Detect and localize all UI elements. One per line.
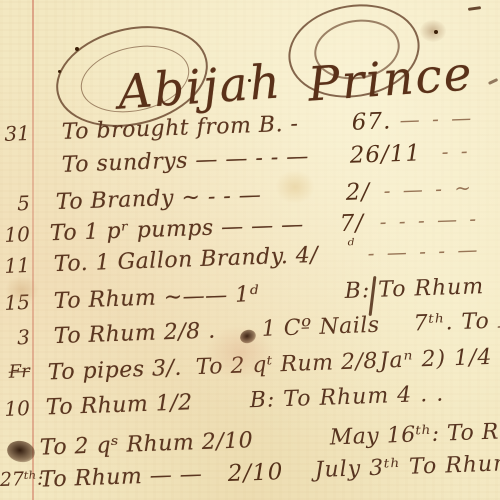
day-margin: Fr [0, 361, 30, 383]
entry-text: To Rhum — — [39, 462, 202, 493]
entry-text: To 2 qˢ Rhum 2/10 [39, 428, 253, 460]
day-margin: 5 [0, 191, 30, 216]
fox-spot-stain [420, 20, 446, 42]
account-title-last: Prince [306, 46, 475, 112]
contra-note: Jaⁿ 2) 1/4 [379, 345, 493, 374]
amount-text: 2/ [345, 179, 370, 206]
dash-trail: - — - ~ [383, 175, 474, 202]
pen-mark-right-edge [488, 78, 498, 84]
day-margin: 3 [0, 325, 30, 350]
entry-text: To Rhum 2/8 . [53, 318, 216, 349]
entry-text: To Rhum ~—— 1ᵈ [53, 282, 259, 314]
ink-speck [248, 79, 251, 82]
amount-text: 7/ [339, 210, 364, 237]
day-margin: 11 [0, 253, 30, 278]
entry-text: To Rhum 1/2 [45, 390, 193, 420]
amount-text: 2/10 [227, 459, 284, 487]
dash-trail: - - [441, 139, 471, 164]
ink-transfer-stain [205, 325, 275, 380]
amount-text: 26/11 [349, 140, 421, 168]
entry-text: To pipes 3/. [47, 356, 182, 386]
pen-mark-top-right [468, 6, 481, 11]
day-margin [0, 436, 29, 437]
account-title-first: Abijah [116, 54, 283, 120]
ink-speck [434, 30, 438, 34]
day-margin [0, 154, 29, 155]
contra-note: 7ᵗʰ. To Rh [413, 307, 500, 336]
entry-text: To sundrys — — - - — [61, 144, 309, 178]
amount-text: 67. [351, 108, 391, 135]
day-margin: 10 [0, 222, 30, 247]
ledger-page: Abijah Prince 31 To brought from B. - 67… [0, 0, 500, 500]
contra-note: July 3ᵗʰ To Rhum [314, 451, 500, 483]
contra-note: May 16ᵗʰ: To Rhu [329, 419, 500, 451]
amount-text: ᵈ [347, 236, 356, 256]
contra-note: B: To Rhum 4 . . [249, 381, 444, 413]
fox-spot-stain [275, 170, 315, 204]
dash-trail: - — - - — [367, 237, 480, 265]
day-margin: 27ᵗʰ: [0, 468, 30, 491]
day-margin: 10 [0, 396, 30, 421]
ink-speck [58, 70, 61, 73]
dash-trail: - - - — - [379, 206, 479, 233]
entry-text: To Brandy ~ - - — [55, 183, 261, 215]
ink-speck [75, 47, 79, 51]
fox-spot-stain [5, 275, 39, 305]
dash-trail: — - — [399, 105, 474, 132]
day-margin: 31 [0, 121, 30, 146]
entry-text-mid: 1 Cº Nails [261, 313, 380, 342]
contra-note: B: To Rhum [344, 274, 484, 304]
